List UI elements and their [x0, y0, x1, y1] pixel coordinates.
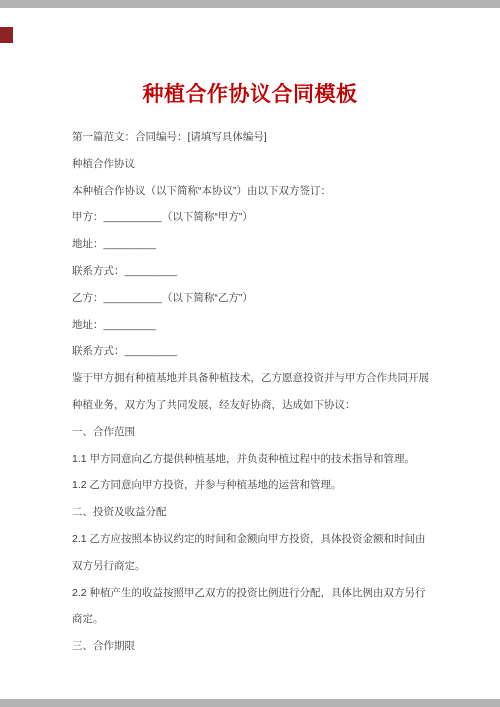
paragraph-party-a-address: 地址：_________ — [72, 231, 432, 258]
clause-1-2: 1.2 乙方同意向甲方投资，并参与种植基地的运营和管理。 — [72, 472, 432, 499]
paragraph-party-a: 甲方：__________（以下简称“甲方”） — [72, 204, 432, 231]
section-heading-1: 一、合作范围 — [72, 419, 432, 446]
page-title: 种植合作协议合同模板 — [0, 80, 500, 110]
paragraph-party-b-address: 地址：_________ — [72, 312, 432, 339]
bottom-edge-bar — [0, 699, 500, 707]
paragraph-subtitle: 种植合作协议 — [72, 151, 432, 178]
clause-1-1: 1.1 甲方同意向乙方提供种植基地，并负责种植过程中的技术指导和管理。 — [72, 446, 432, 473]
corner-red-tab — [0, 27, 13, 43]
top-edge-bar — [0, 0, 500, 8]
paragraph-whereas: 鉴于甲方拥有种植基地并具备种植技术，乙方愿意投资并与甲方合作共同开展种植业务，双… — [72, 365, 432, 419]
paragraph-party-b-contact: 联系方式：_________ — [72, 338, 432, 365]
paragraph-party-b: 乙方：__________（以下简称“乙方”） — [72, 285, 432, 312]
document-body: 第一篇范文：合同编号：[请填写具体编号] 种植合作协议 本种植合作协议（以下简称… — [72, 124, 432, 660]
paragraph-party-a-contact: 联系方式：_________ — [72, 258, 432, 285]
clause-2-1: 2.1 乙方应按照本协议约定的时间和金额向甲方投资，具体投资金额和时间由双方另行… — [72, 526, 432, 580]
paragraph-source-label: 第一篇范文：合同编号：[请填写具体编号] — [72, 124, 432, 151]
clause-2-2: 2.2 种植产生的收益按照甲乙双方的投资比例进行分配，具体比例由双方另行商定。 — [72, 580, 432, 634]
section-heading-2: 二、投资及收益分配 — [72, 499, 432, 526]
section-heading-3: 三、合作期限 — [72, 633, 432, 660]
paragraph-intro: 本种植合作协议（以下简称“本协议”）由以下双方签订： — [72, 178, 432, 205]
document-page: 种植合作协议合同模板 第一篇范文：合同编号：[请填写具体编号] 种植合作协议 本… — [0, 80, 500, 660]
